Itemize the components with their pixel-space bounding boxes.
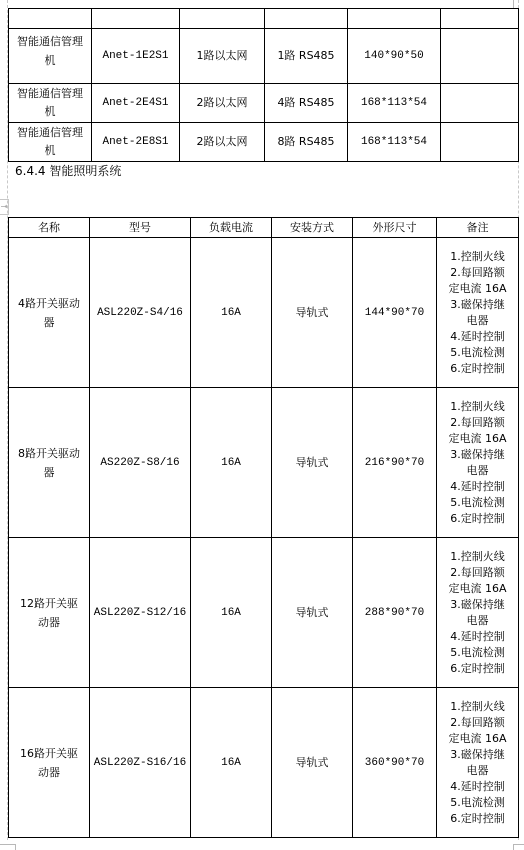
cell-mount: 导轨式 (272, 538, 353, 688)
page-corner-bottom-right (513, 844, 524, 850)
paragraph-anchor-icon[interactable]: ⇥ (0, 199, 9, 215)
cell-mount: 导轨式 (272, 688, 353, 838)
remark-line: 3.磁保持继 (437, 597, 518, 613)
remark-line: 定电流 16A (437, 581, 518, 597)
remark-line: 3.磁保持继 (437, 447, 518, 463)
cell-model: Anet-2E4S1 (92, 84, 180, 123)
remark-line: 4.延时控制 (437, 479, 518, 495)
remark-line: 4.延时控制 (437, 329, 518, 345)
lighting-driver-table: 名称 型号 负载电流 安装方式 外形尺寸 备注 4路开关驱动器 ASL220Z-… (8, 217, 519, 838)
remark-line: 3.磁保持继 (437, 747, 518, 763)
cell-mount: 导轨式 (272, 238, 353, 388)
cell-size: 360*90*70 (353, 688, 437, 838)
remark-line: 4.延时控制 (437, 779, 518, 795)
cell-name: 8路开关驱动器 (9, 388, 90, 538)
cell-note (441, 123, 519, 162)
table-row: 4路开关驱动器 ASL220Z-S4/16 16A 导轨式 144*90*70 … (9, 238, 519, 388)
remark-line: 5.电流检测 (437, 495, 518, 511)
cell-model: ASL220Z-S16/16 (90, 688, 191, 838)
remark-line: 2.每回路额 (437, 415, 518, 431)
remark-line: 1.控制火线 (437, 549, 518, 565)
table-row: 8路开关驱动器 AS220Z-S8/16 16A 导轨式 216*90*70 1… (9, 388, 519, 538)
remark-line: 2.每回路额 (437, 565, 518, 581)
cell-note (441, 29, 519, 84)
remark-line: 5.电流检测 (437, 645, 518, 661)
header-current: 负载电流 (191, 218, 272, 238)
remark-line: 电器 (437, 463, 518, 479)
cell-size: 216*90*70 (353, 388, 437, 538)
cell-model (92, 9, 180, 29)
table-row: 16路开关驱动器 ASL220Z-S16/16 16A 导轨式 360*90*7… (9, 688, 519, 838)
comm-manager-table: 智能通信管理机 Anet-1E2S1 1路以太网 1路 RS485 140*90… (8, 8, 519, 162)
remark-line: 3.磁保持继 (437, 297, 518, 313)
cell-ethernet: 2路以太网 (180, 123, 265, 162)
cell-remarks: 1.控制火线 2.每回路额 定电流 16A 3.磁保持继 电器 4.延时控制 5… (437, 688, 519, 838)
table-row (9, 9, 519, 29)
header-size: 外形尺寸 (353, 218, 437, 238)
cell-current: 16A (191, 538, 272, 688)
page-corner-bottom-left (0, 844, 16, 850)
cell-name: 智能通信管理机 (9, 29, 92, 84)
cell-note (441, 9, 519, 29)
cell-model: AS220Z-S8/16 (90, 388, 191, 538)
cell-mount: 导轨式 (272, 388, 353, 538)
cell-note (441, 84, 519, 123)
cell-serial: 4路 RS485 (265, 84, 348, 123)
remark-line: 4.延时控制 (437, 629, 518, 645)
cell-current: 16A (191, 238, 272, 388)
page-corner-top-right (513, 0, 514, 8)
cell-model: Anet-2E8S1 (92, 123, 180, 162)
header-note: 备注 (437, 218, 519, 238)
remark-line: 定电流 16A (437, 731, 518, 747)
remark-line: 定电流 16A (437, 431, 518, 447)
cell-name: 12路开关驱动器 (9, 538, 90, 688)
remark-line: 6.定时控制 (437, 361, 518, 377)
cell-size: 144*90*70 (353, 238, 437, 388)
cell-ethernet: 1路以太网 (180, 29, 265, 84)
remark-line: 1.控制火线 (437, 399, 518, 415)
cell-serial (265, 9, 348, 29)
table-header-row: 名称 型号 负载电流 安装方式 外形尺寸 备注 (9, 218, 519, 238)
cell-size: 168*113*54 (348, 84, 441, 123)
cell-name: 16路开关驱动器 (9, 688, 90, 838)
cell-model: ASL220Z-S4/16 (90, 238, 191, 388)
section-heading: 6.4.4 智能照明系统 (15, 162, 121, 179)
header-name: 名称 (9, 218, 90, 238)
cell-name: 4路开关驱动器 (9, 238, 90, 388)
cell-name: 智能通信管理机 (9, 123, 92, 162)
cell-name (9, 9, 92, 29)
remark-line: 2.每回路额 (437, 265, 518, 281)
cell-serial: 1路 RS485 (265, 29, 348, 84)
remark-line: 电器 (437, 613, 518, 629)
header-mount: 安装方式 (272, 218, 353, 238)
remark-line: 电器 (437, 313, 518, 329)
cell-ethernet (180, 9, 265, 29)
cell-current: 16A (191, 688, 272, 838)
cell-remarks: 1.控制火线 2.每回路额 定电流 16A 3.磁保持继 电器 4.延时控制 5… (437, 388, 519, 538)
cell-ethernet: 2路以太网 (180, 84, 265, 123)
cell-size (348, 9, 441, 29)
remark-line: 2.每回路额 (437, 715, 518, 731)
cell-name: 智能通信管理机 (9, 84, 92, 123)
cell-size: 168*113*54 (348, 123, 441, 162)
remark-line: 5.电流检测 (437, 345, 518, 361)
cell-remarks: 1.控制火线 2.每回路额 定电流 16A 3.磁保持继 电器 4.延时控制 5… (437, 238, 519, 388)
cell-current: 16A (191, 388, 272, 538)
remark-line: 电器 (437, 763, 518, 779)
table-row: 12路开关驱动器 ASL220Z-S12/16 16A 导轨式 288*90*7… (9, 538, 519, 688)
table-row: 智能通信管理机 Anet-1E2S1 1路以太网 1路 RS485 140*90… (9, 29, 519, 84)
cell-model: ASL220Z-S12/16 (90, 538, 191, 688)
remark-line: 6.定时控制 (437, 511, 518, 527)
remark-line: 1.控制火线 (437, 699, 518, 715)
table-row: 智能通信管理机 Anet-2E4S1 2路以太网 4路 RS485 168*11… (9, 84, 519, 123)
remark-line: 6.定时控制 (437, 811, 518, 827)
remark-line: 6.定时控制 (437, 661, 518, 677)
remark-line: 定电流 16A (437, 281, 518, 297)
remark-line: 5.电流检测 (437, 795, 518, 811)
cell-size: 288*90*70 (353, 538, 437, 688)
header-model: 型号 (90, 218, 191, 238)
cell-size: 140*90*50 (348, 29, 441, 84)
remark-line: 1.控制火线 (437, 249, 518, 265)
table-row: 智能通信管理机 Anet-2E8S1 2路以太网 8路 RS485 168*11… (9, 123, 519, 162)
cell-remarks: 1.控制火线 2.每回路额 定电流 16A 3.磁保持继 电器 4.延时控制 5… (437, 538, 519, 688)
cell-serial: 8路 RS485 (265, 123, 348, 162)
cell-model: Anet-1E2S1 (92, 29, 180, 84)
